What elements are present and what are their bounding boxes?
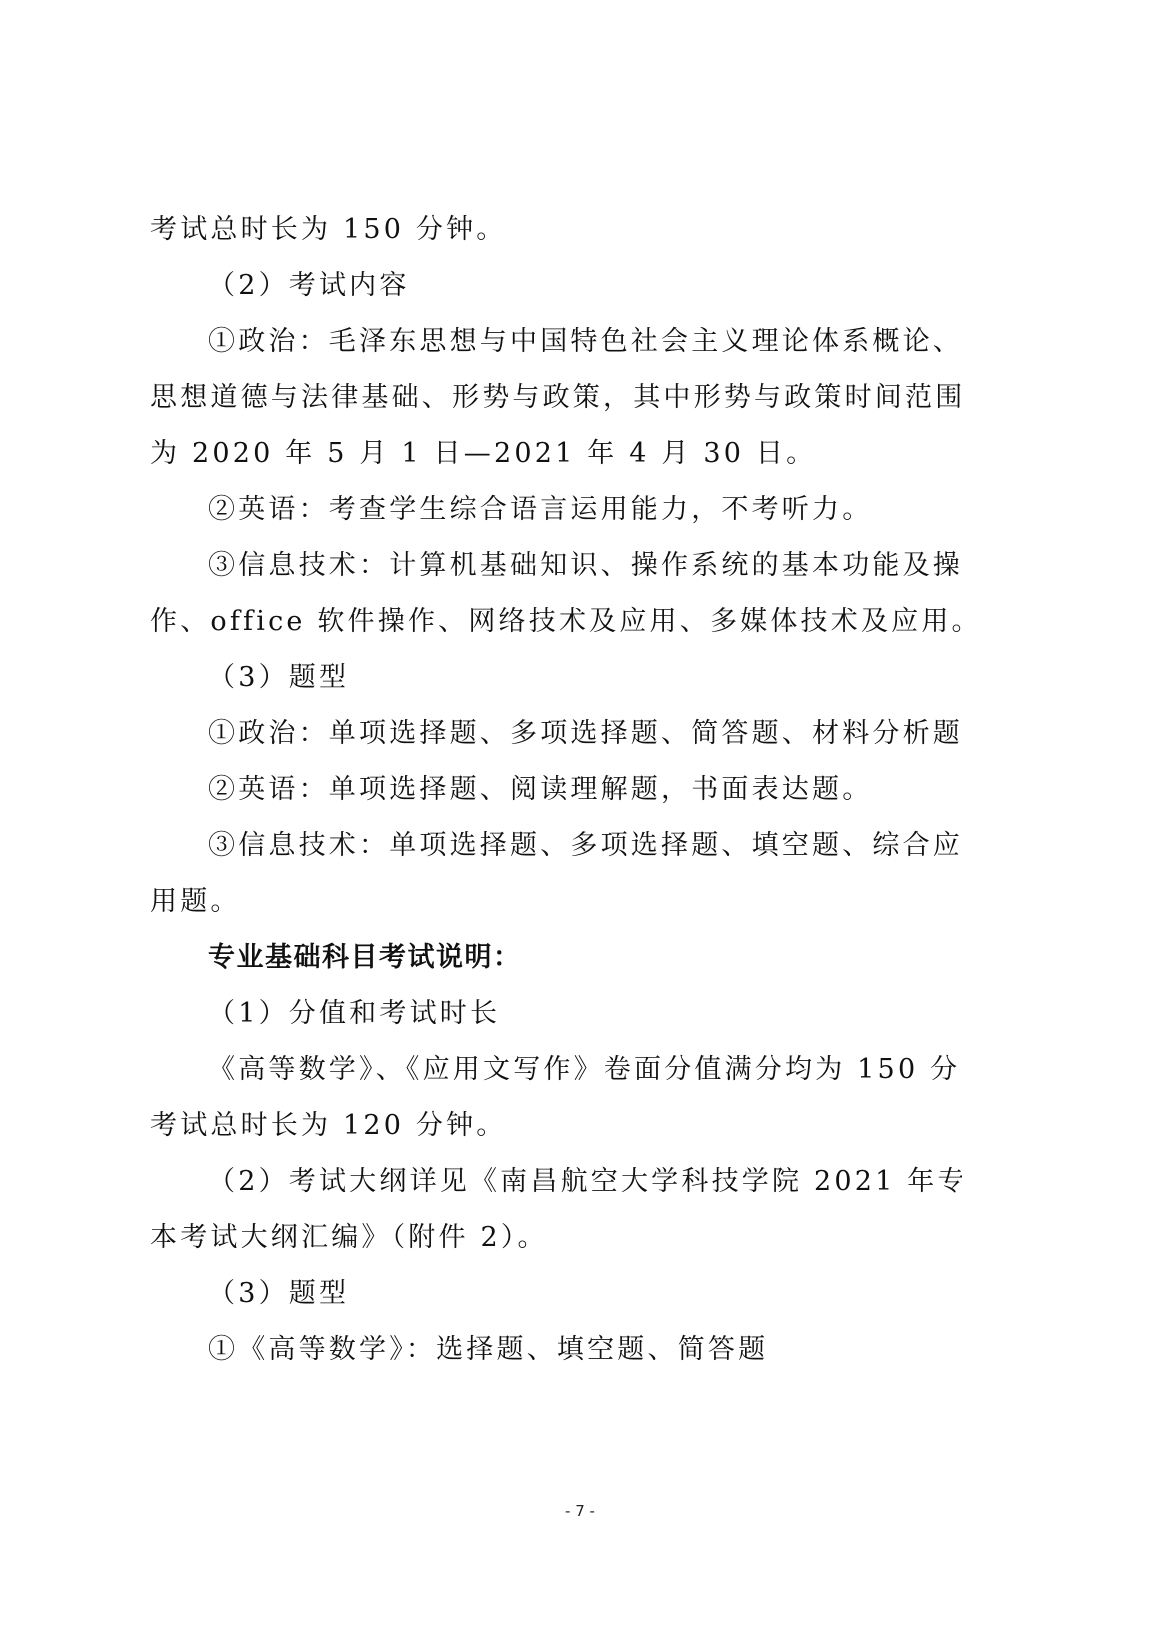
section-subheading-question-types: （3）题型 bbox=[208, 1276, 962, 1312]
section-heading-professional-basics: 专业基础科目考试说明： bbox=[208, 940, 962, 976]
paragraph-line: 考试总时长为 120 分钟。 bbox=[150, 1108, 962, 1144]
page-number: - 7 - bbox=[0, 1502, 1160, 1520]
section-subheading-question-types: （3）题型 bbox=[208, 660, 962, 696]
section-subheading-syllabus: （2）考试大纲详见《南昌航空大学科技学院 2021 年专升 bbox=[208, 1164, 962, 1200]
paragraph-line: 作、office 软件操作、网络技术及应用、多媒体技术及应用。 bbox=[150, 604, 962, 640]
paragraph-line: 用题。 bbox=[150, 884, 962, 920]
paragraph-line: 思想道德与法律基础、形势与政策，其中形势与政策时间范围 bbox=[150, 380, 962, 416]
paragraph-line: ②英语：单项选择题、阅读理解题，书面表达题。 bbox=[208, 772, 962, 808]
paragraph-line: ③信息技术：单项选择题、多项选择题、填空题、综合应 bbox=[208, 828, 962, 864]
section-subheading-exam-content: （2）考试内容 bbox=[208, 268, 962, 304]
paragraph-line: 《高等数学》、《应用文写作》卷面分值满分均为 150 分， bbox=[208, 1052, 962, 1088]
paragraph-line: ①政治：毛泽东思想与中国特色社会主义理论体系概论、 bbox=[208, 324, 962, 360]
paragraph-line: 考试总时长为 150 分钟。 bbox=[150, 212, 962, 248]
paragraph-line: ①政治：单项选择题、多项选择题、简答题、材料分析题。 bbox=[208, 716, 962, 752]
document-page: 考试总时长为 150 分钟。 （2）考试内容 ①政治：毛泽东思想与中国特色社会主… bbox=[0, 0, 1160, 1640]
paragraph-line: ③信息技术：计算机基础知识、操作系统的基本功能及操 bbox=[208, 548, 962, 584]
paragraph-line: 本考试大纲汇编》（附件 2）。 bbox=[150, 1220, 962, 1256]
paragraph-line: ②英语：考查学生综合语言运用能力，不考听力。 bbox=[208, 492, 962, 528]
section-subheading-score-duration: （1）分值和考试时长 bbox=[208, 996, 962, 1032]
paragraph-line: 为 2020 年 5 月 1 日—2021 年 4 月 30 日。 bbox=[150, 436, 962, 472]
paragraph-line: ①《高等数学》：选择题、填空题、简答题 bbox=[208, 1332, 962, 1368]
